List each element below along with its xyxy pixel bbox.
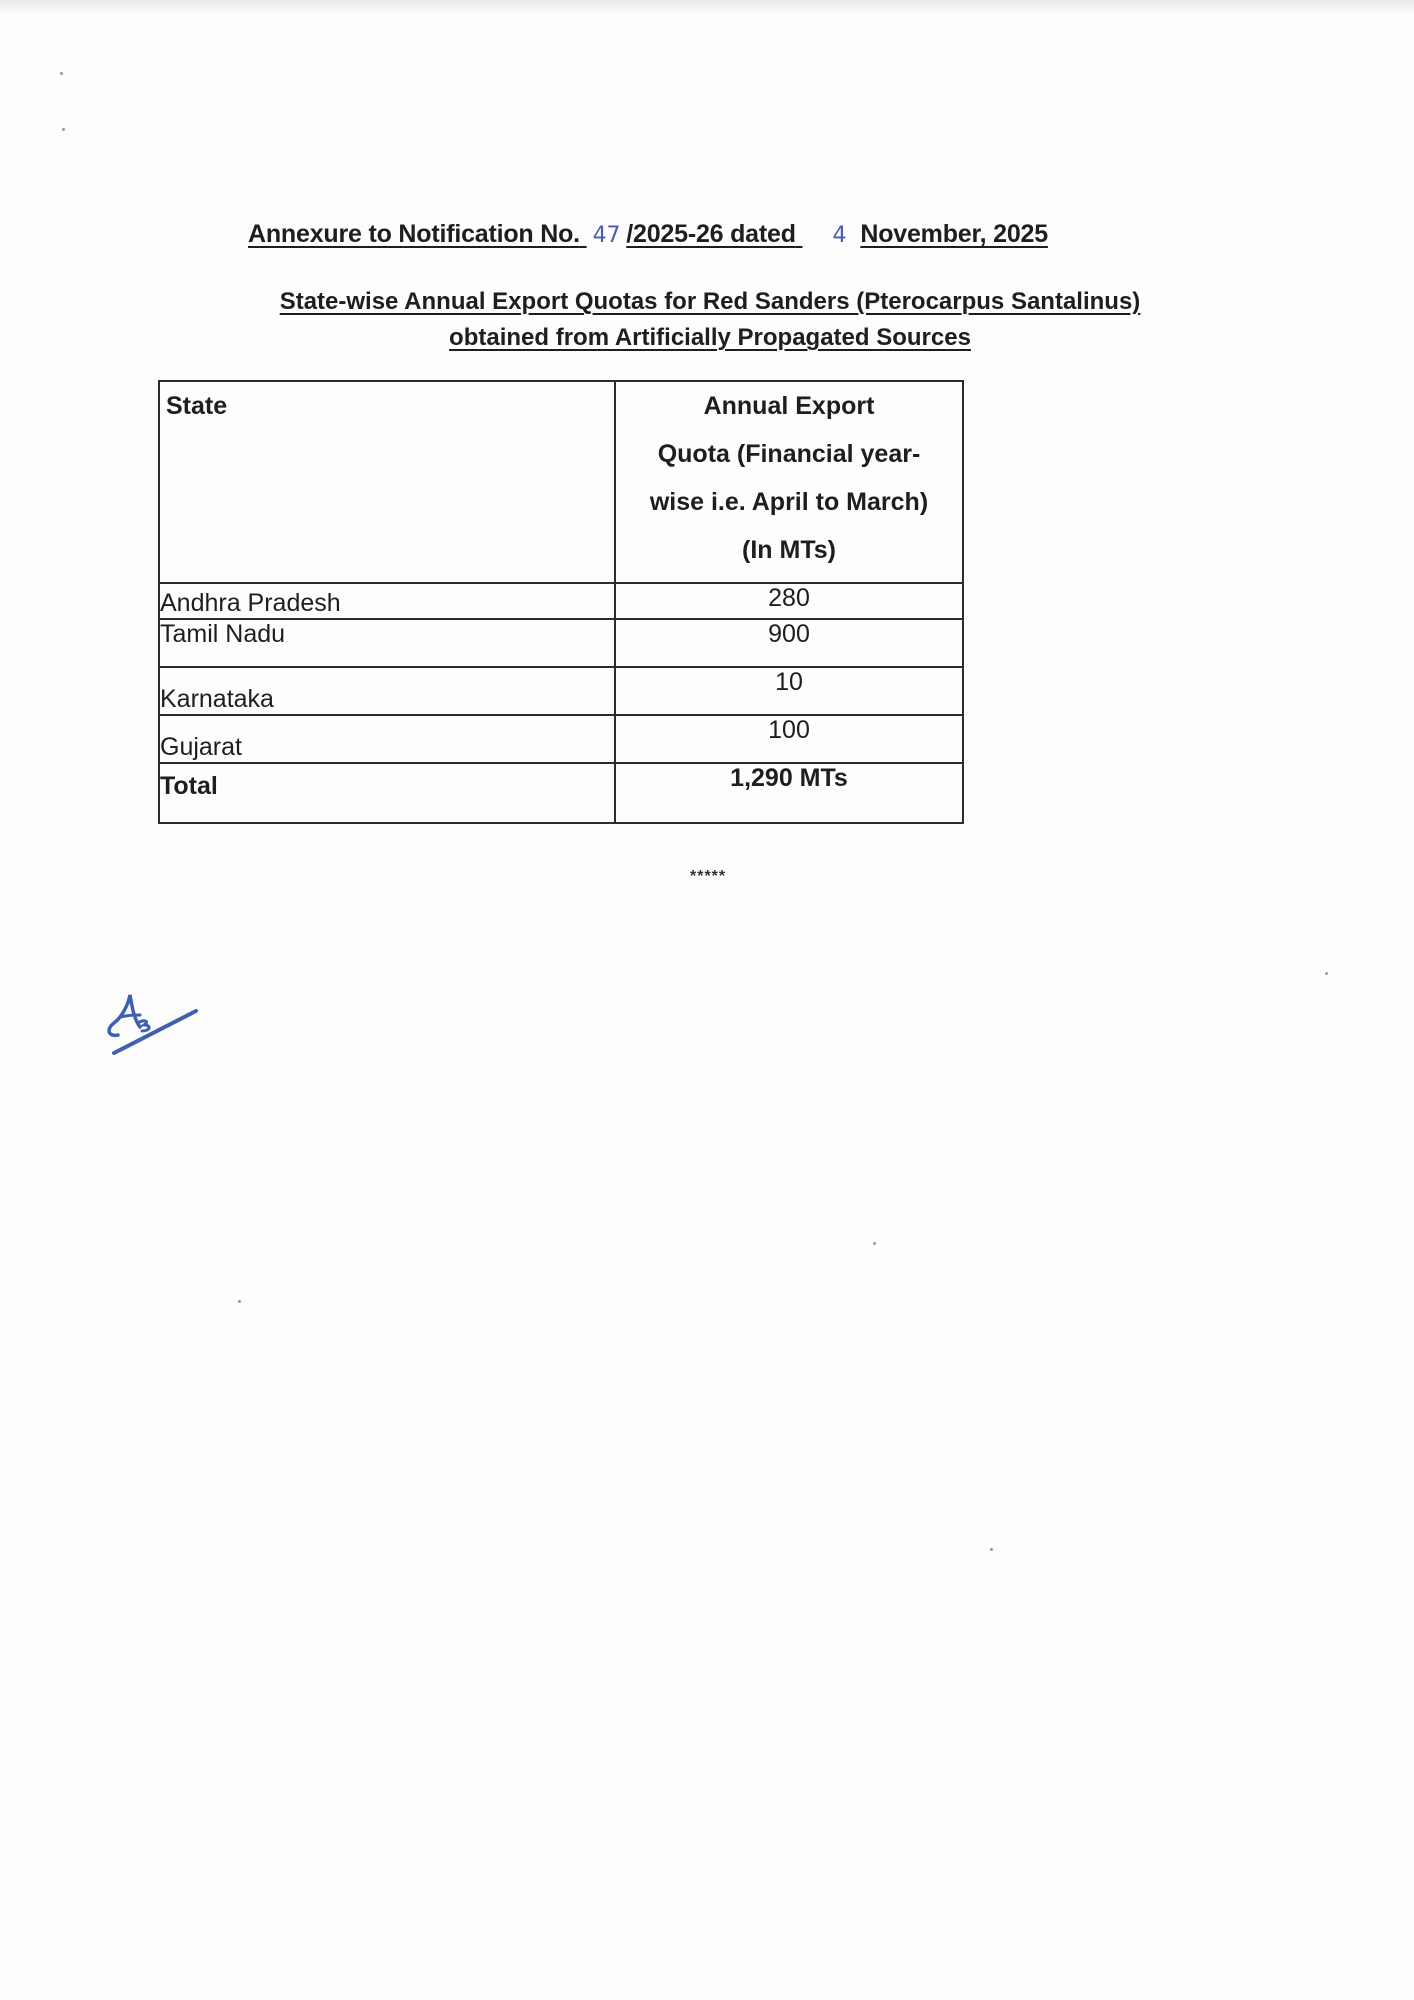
total-value: 1,290 MTs [615,763,963,823]
table-row: Gujarat 100 [159,715,963,763]
title-middle: /2025-26 dated [626,220,796,248]
state-cell: Karnataka [159,667,615,715]
scan-speck [873,1242,876,1245]
scan-edge-shadow [0,0,1414,14]
header-annual-export-quota: Annual Export Quota (Financial year- wis… [615,381,963,583]
end-marker: ***** [690,868,726,886]
scan-speck [990,1548,993,1551]
quota-cell: 100 [615,715,963,763]
scan-speck [60,72,63,75]
document-subtitle: State-wise Annual Export Quotas for Red … [170,284,1250,356]
state-cell: Andhra Pradesh [159,583,615,619]
quota-cell: 10 [615,667,963,715]
state-cell: Gujarat [159,715,615,763]
quota-cell: 280 [615,583,963,619]
title-suffix: November, 2025 [860,220,1048,248]
handwritten-day: 4 [803,223,861,248]
table-row: Karnataka 10 [159,667,963,715]
scan-speck [62,128,65,131]
table-total-row: Total 1,290 MTs [159,763,963,823]
quota-cell: 900 [615,619,963,667]
scan-speck [238,1300,241,1303]
table-row: Tamil Nadu 900 [159,619,963,667]
state-cell: Tamil Nadu [159,619,615,667]
table-row: Andhra Pradesh 280 [159,583,963,619]
title-prefix: Annexure to Notification No. [248,220,580,248]
scan-speck [1325,972,1328,975]
header-state: State [159,381,615,583]
subtitle-line-2: obtained from Artificially Propagated So… [449,324,971,351]
subtitle-line-1: State-wise Annual Export Quotas for Red … [280,288,1141,315]
handwritten-notification-number: 47 [587,223,627,248]
table-header-row: State Annual Export Quota (Financial yea… [159,381,963,583]
annexure-title: Annexure to Notification No. 47/2025-26 … [248,220,1048,249]
total-label: Total [159,763,615,823]
export-quota-table: State Annual Export Quota (Financial yea… [158,380,964,824]
signature-icon [100,985,210,1070]
